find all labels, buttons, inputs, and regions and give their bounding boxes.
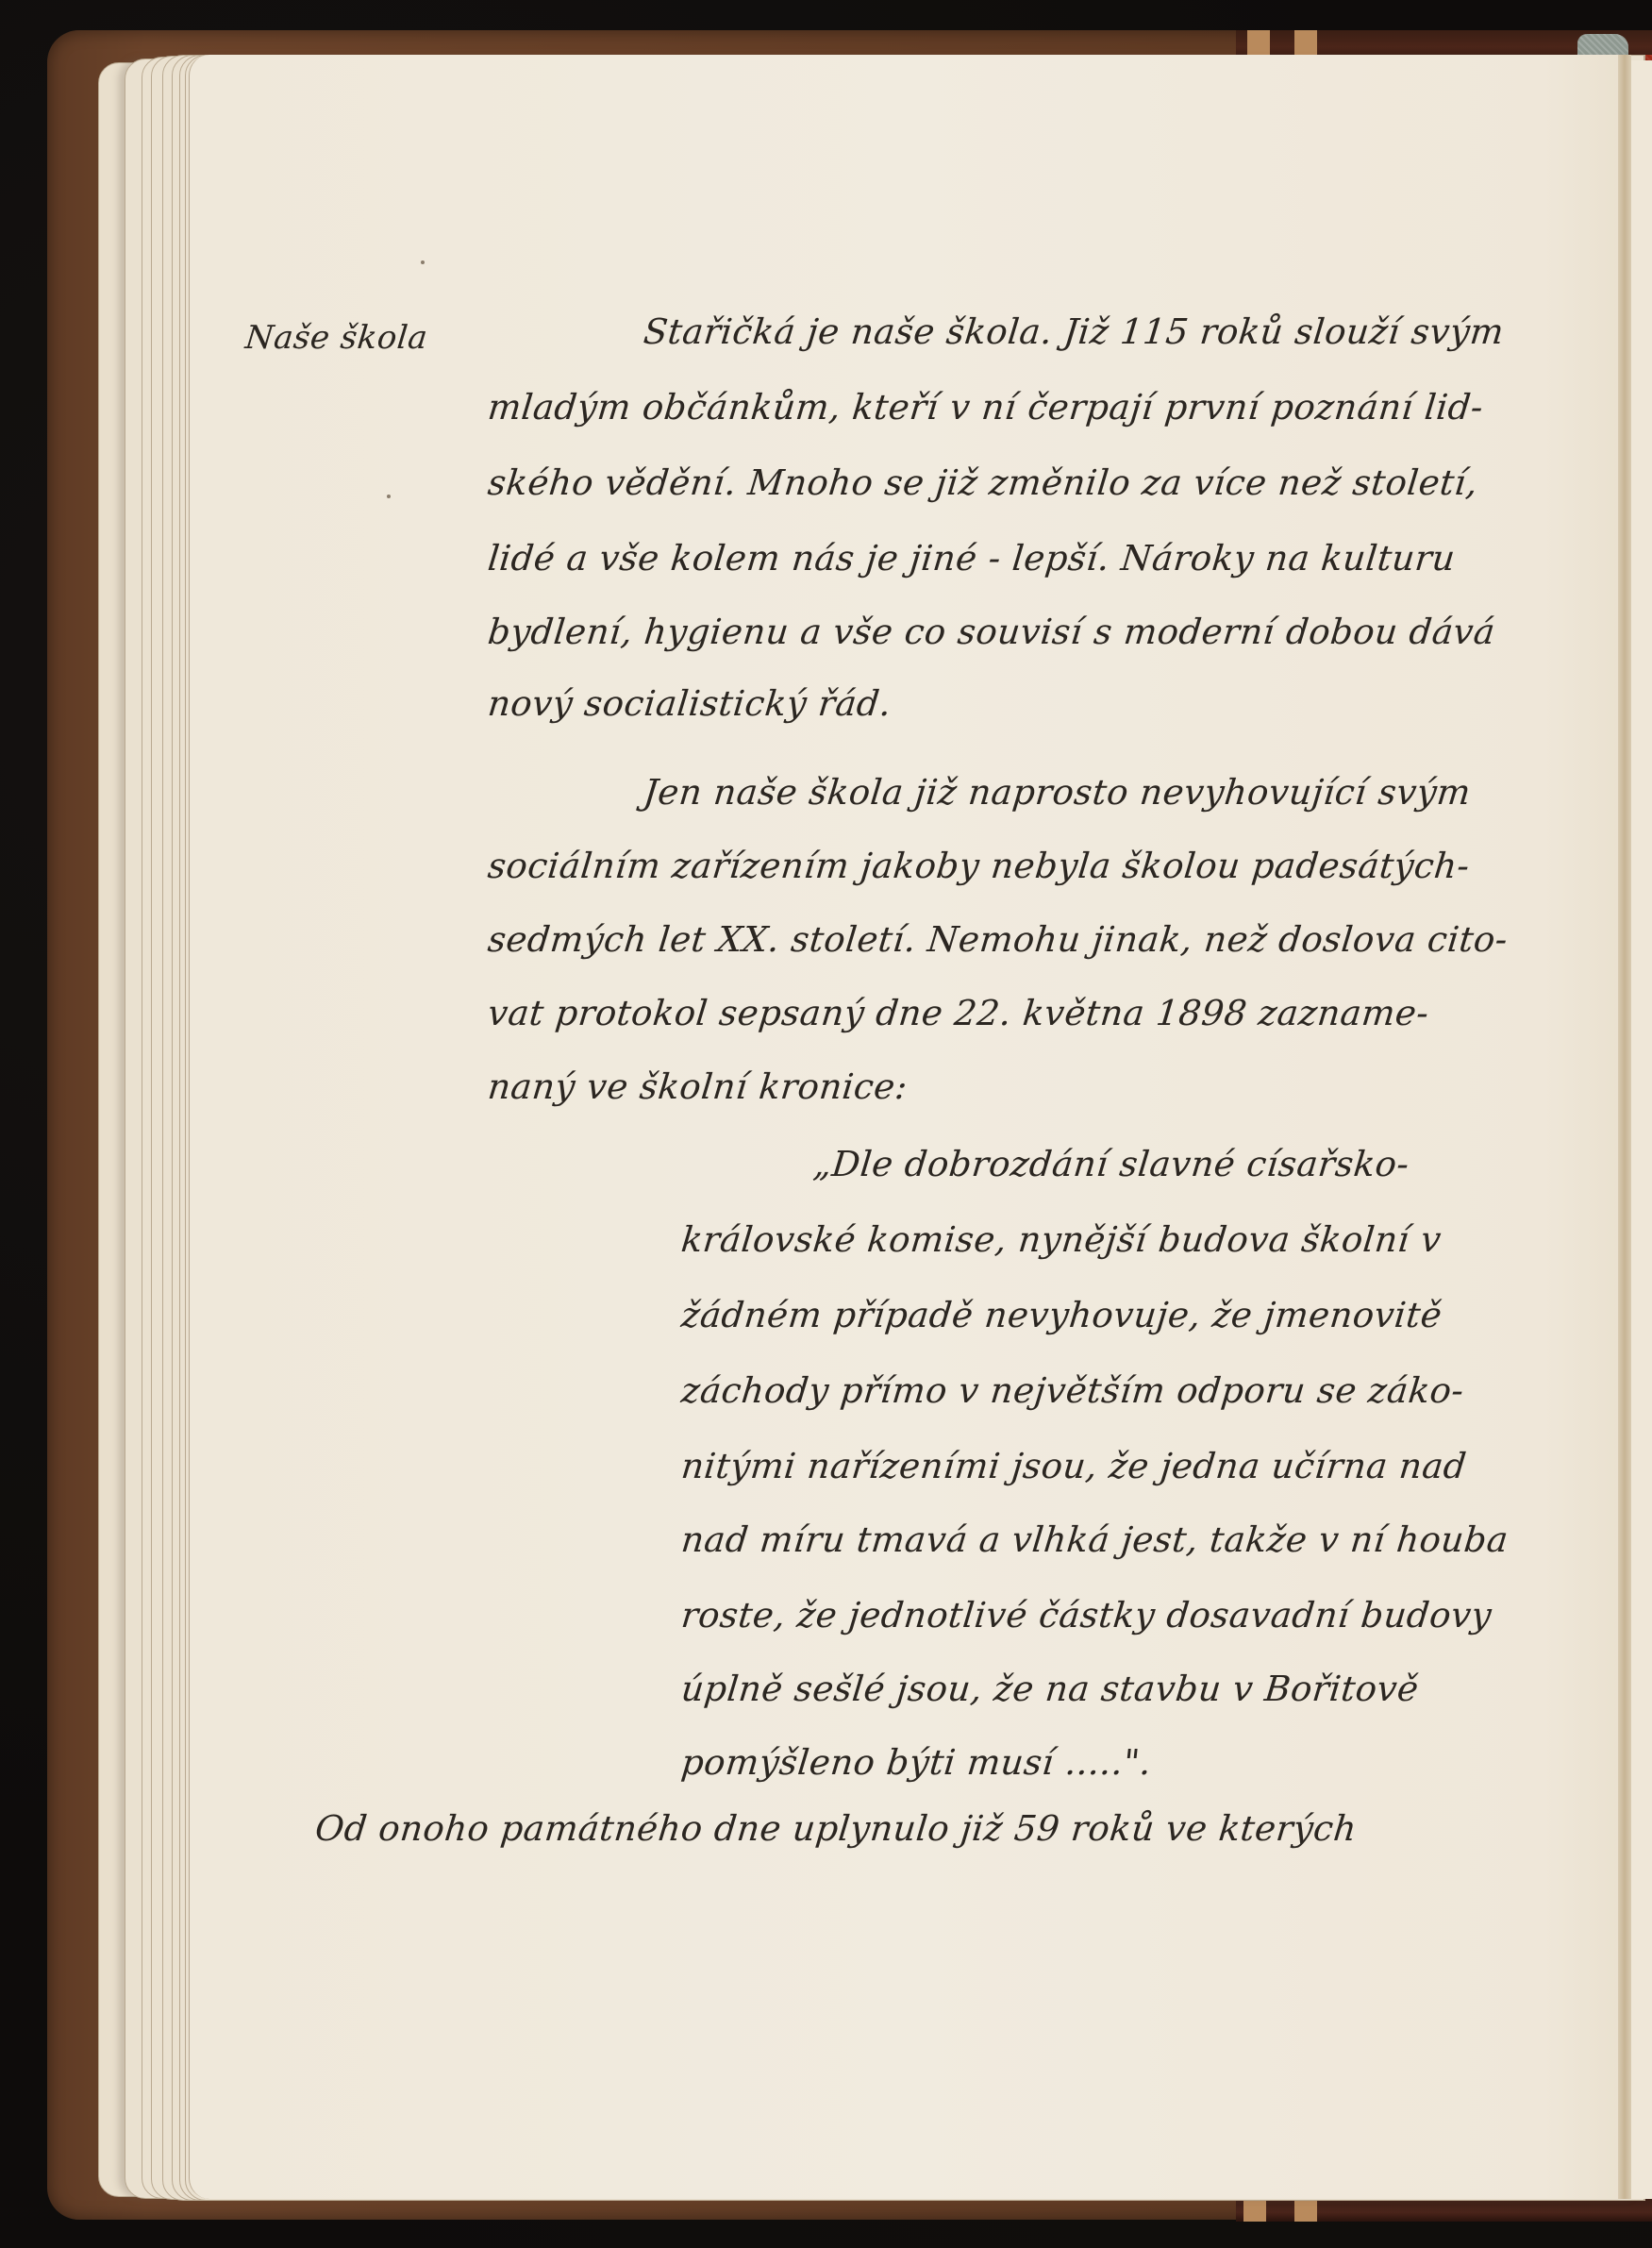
text-line: bydlení, hygienu a vše co souvisí s mode… [486, 612, 1497, 652]
margin-heading: Naše škola [243, 319, 429, 357]
quote-line: nitými nařízeními jsou, že jedna učírna … [679, 1446, 1469, 1486]
paper-speck [387, 495, 391, 498]
quote-line: roste, že jednotlivé částky dosavadní bu… [679, 1595, 1493, 1636]
text-line: nový socialistický řád. [486, 683, 893, 724]
text-line: vat protokol sepsaný dne 22. května 1898… [486, 993, 1431, 1033]
text-line: ského vědění. Mnoho se již změnilo za ví… [486, 462, 1480, 503]
text-line: naný ve školní kronice: [486, 1066, 909, 1107]
text-line: Od onoho památného dne uplynulo již 59 r… [313, 1808, 1359, 1849]
quote-line: záchody přímo v největším odporu se záko… [679, 1370, 1466, 1411]
quote-line: úplně sešlé jsou, že na stavbu v Bořitov… [679, 1669, 1421, 1709]
text-line: Stařičká je naše škola. Již 115 roků slo… [642, 311, 1506, 352]
facing-page-edge [1631, 60, 1652, 2199]
quote-line: královské komise, nynější budova školní … [679, 1219, 1443, 1260]
paper-speck [421, 260, 425, 264]
quote-line: nad míru tmavá a vlhká jest, takže v ní … [679, 1519, 1510, 1560]
quote-line: žádném případě nevyhovuje, že jmenovitě [679, 1295, 1444, 1335]
quote-line: „Dle dobrozdání slavné císařsko- [811, 1144, 1411, 1184]
text-line: sedmých let XX. století. Nemohu jinak, n… [486, 919, 1510, 960]
book-page [189, 55, 1631, 2199]
spine-bottom [1236, 2199, 1652, 2222]
page-gutter [1618, 55, 1631, 2199]
quote-line: pomýšleno býti musí .....". [679, 1742, 1154, 1783]
text-line: sociálním zařízením jakoby nebyla školou… [486, 846, 1472, 886]
text-line: Jen naše škola již naprosto nevyhovující… [642, 772, 1473, 813]
spine-band [1243, 2199, 1266, 2222]
text-line: lidé a vše kolem nás je jiné - lepší. Ná… [486, 538, 1458, 579]
text-line: mladým občánkům, kteří v ní čerpají prvn… [486, 387, 1485, 428]
spine-band [1294, 2199, 1317, 2222]
